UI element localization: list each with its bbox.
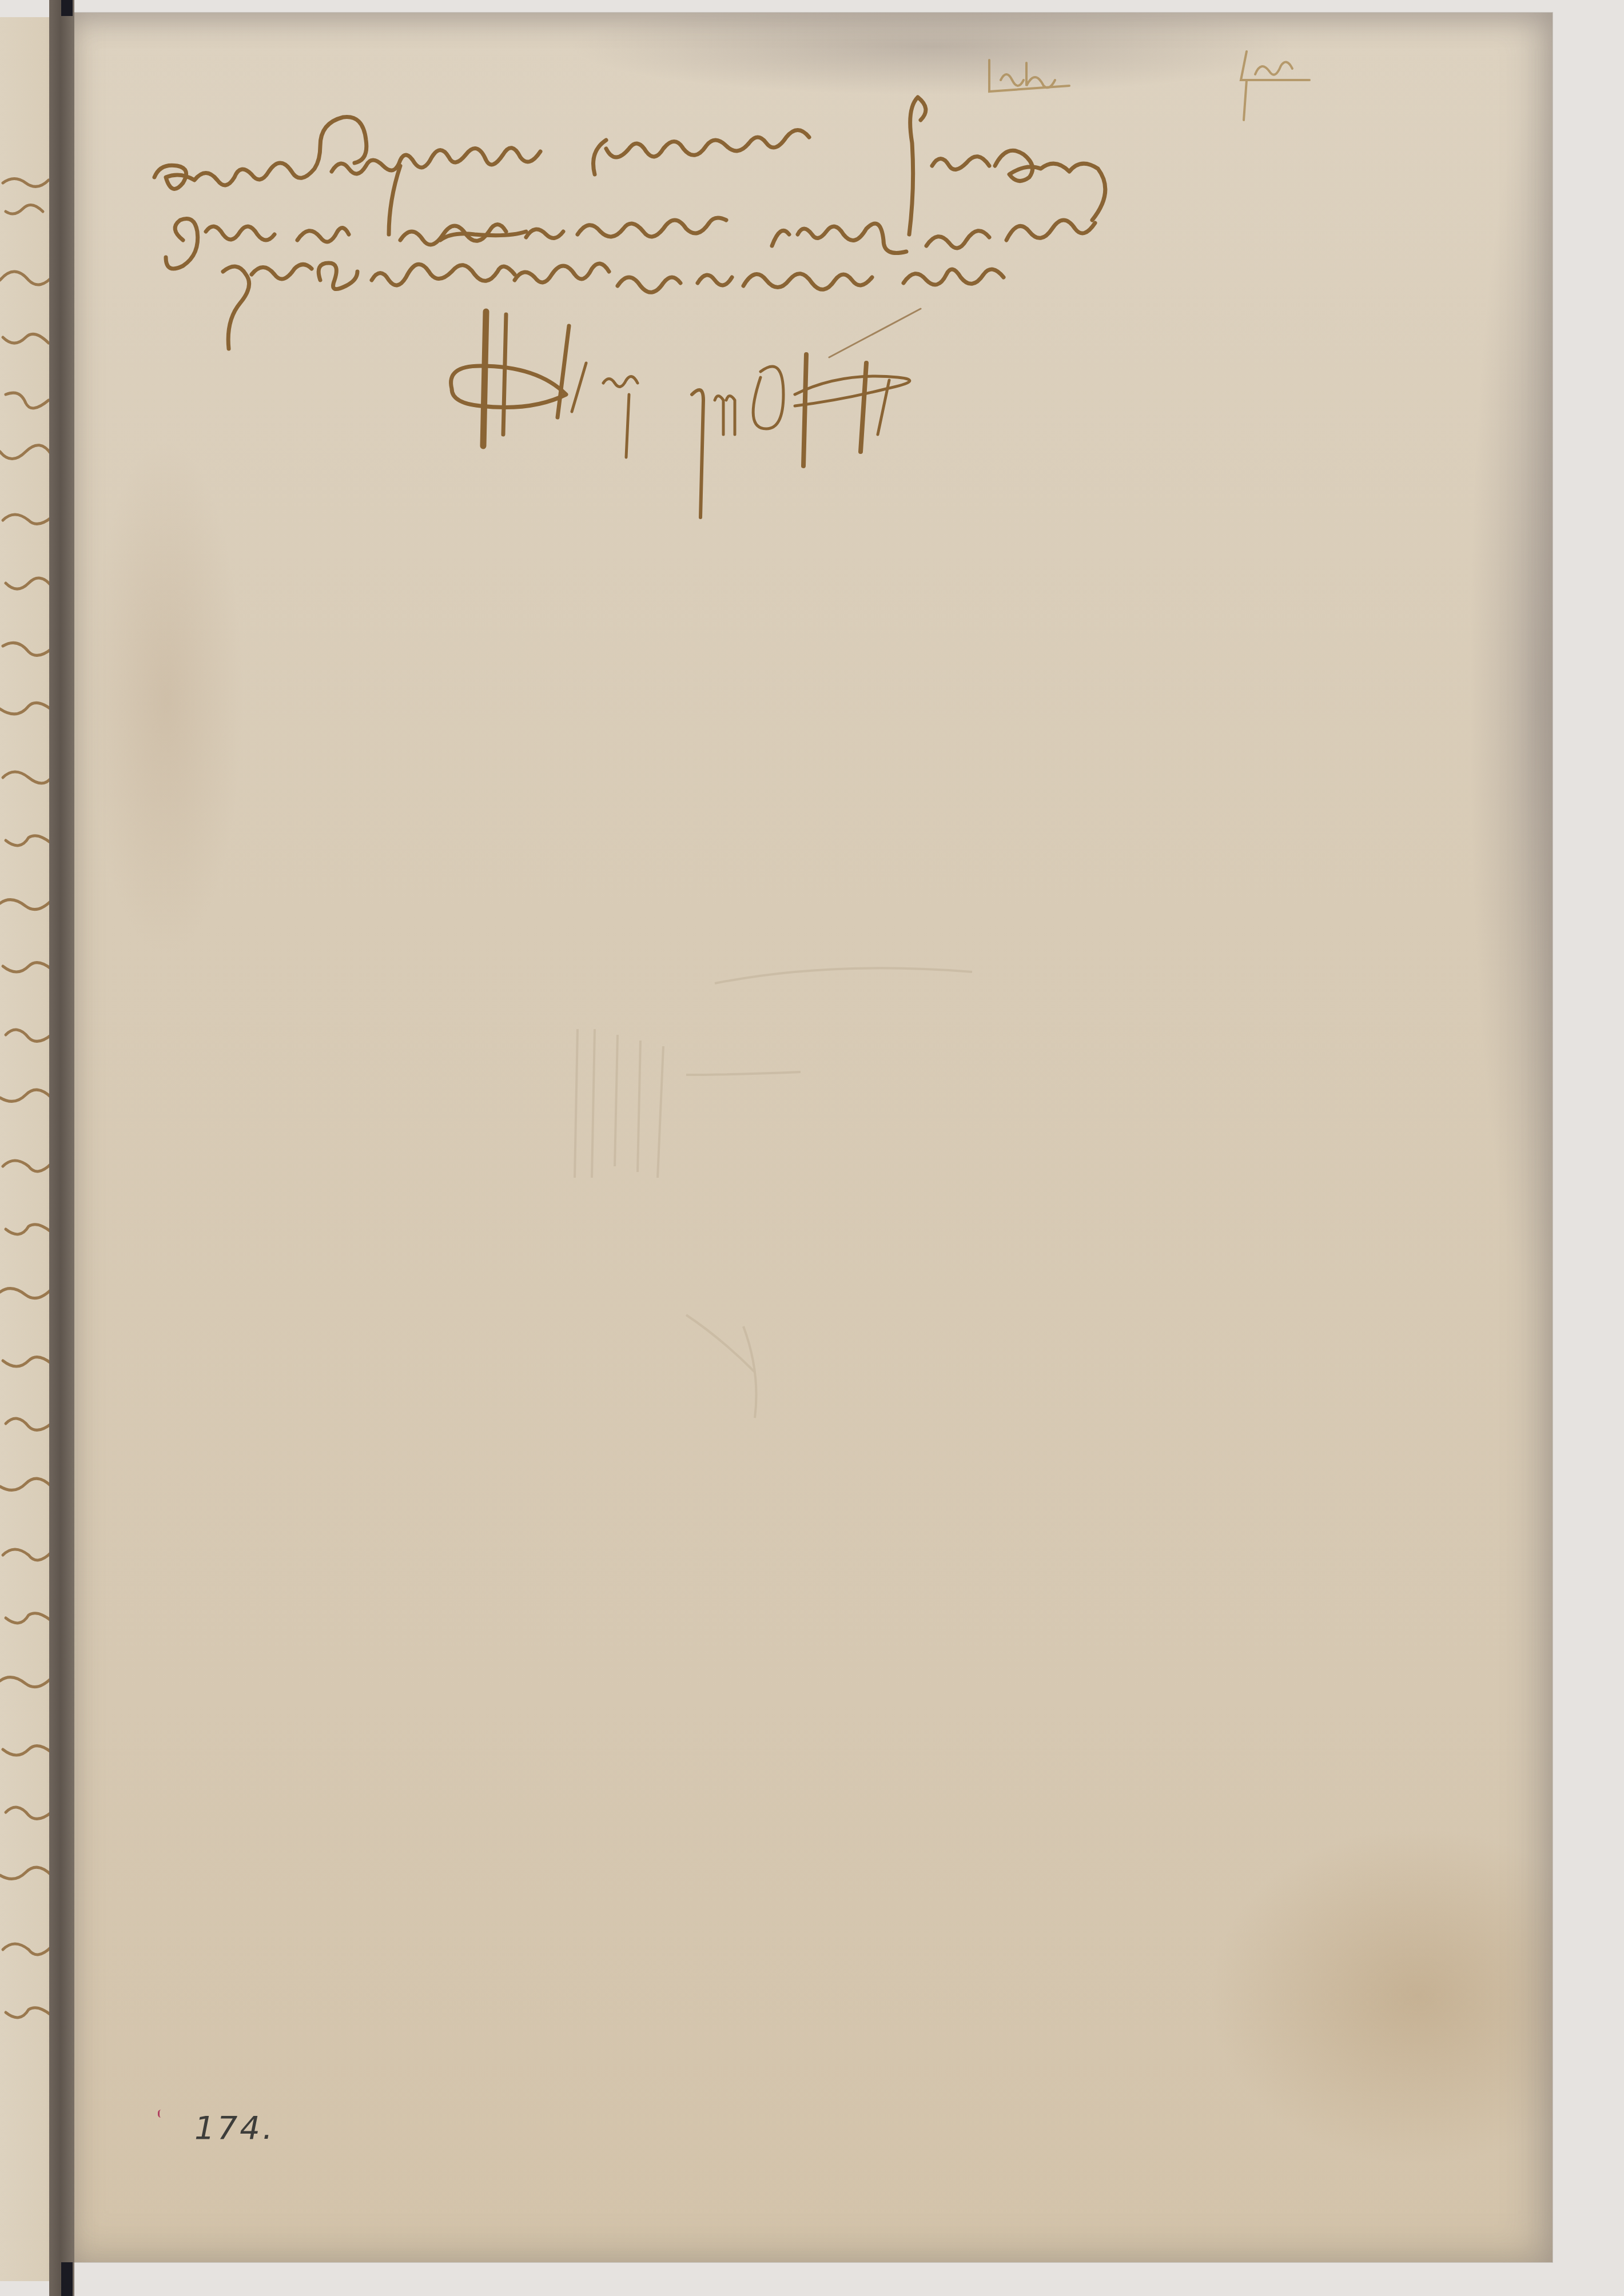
folio-number: 174. [194, 2110, 275, 2147]
manuscript-ink [0, 0, 1624, 2296]
marginal-notes [989, 51, 1309, 120]
red-pencil-tick [158, 2110, 164, 2118]
bleed-through-marks [575, 968, 972, 1418]
main-text-lines [154, 97, 1105, 349]
signature-rubric [451, 309, 921, 517]
